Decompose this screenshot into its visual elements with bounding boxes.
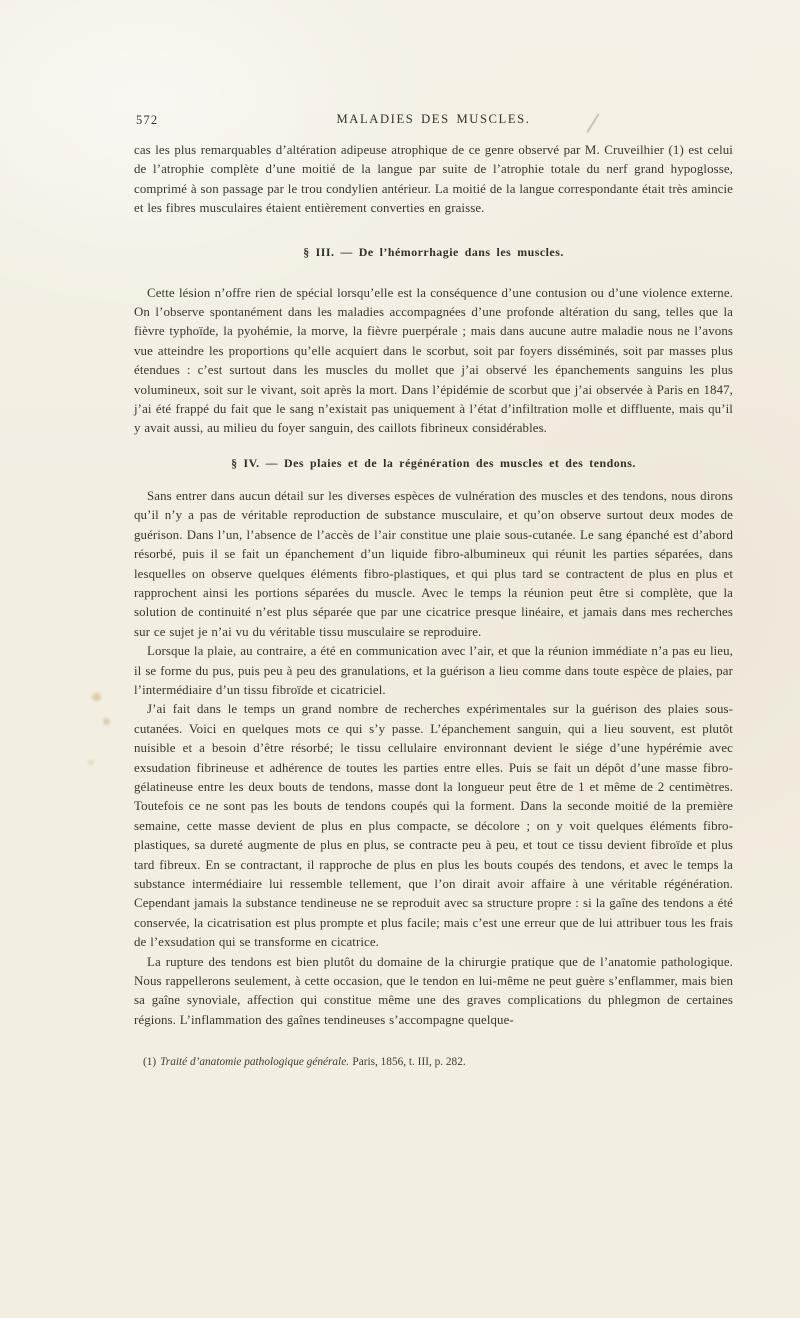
paper-speck [92,693,101,701]
footnote-marker: (1) [143,1056,160,1068]
intro-paragraph: cas les plus remarquables d’altération a… [134,141,733,219]
section-iv-paragraph-4: La rupture des tendons est bien plutôt d… [134,953,733,1031]
footnote-work-title: Traité d’anatomie pathologique générale. [160,1056,352,1068]
running-title: MALADIES DES MUSCLES. [134,112,733,127]
section-iv-paragraph-1: Sans entrer dans aucun détail sur les di… [134,487,733,642]
text-column: 572 MALADIES DES MUSCLES. cas les plus r… [134,112,733,1070]
section-iii-heading: § III. — De l’hémorrhagie dans les muscl… [134,245,733,260]
section-iv-paragraph-2: Lorsque la plaie, au contraire, a été en… [134,642,733,700]
page-number: 572 [136,113,158,128]
paper-speck [103,718,110,725]
scanned-book-page: 572 MALADIES DES MUSCLES. cas les plus r… [0,0,800,1318]
section-iii-paragraph: Cette lésion n’offre rien de spécial lor… [134,284,733,439]
paper-speck [88,760,94,765]
running-head: 572 MALADIES DES MUSCLES. [134,112,733,130]
footnote: (1)Traité d’anatomie pathologique généra… [134,1055,733,1070]
section-iv-heading: § IV. — Des plaies et de la régénération… [134,456,733,471]
footnote-citation: Paris, 1856, t. III, p. 282. [352,1056,465,1068]
section-iv-paragraph-3: J’ai fait dans le temps un grand nombre … [134,700,733,952]
